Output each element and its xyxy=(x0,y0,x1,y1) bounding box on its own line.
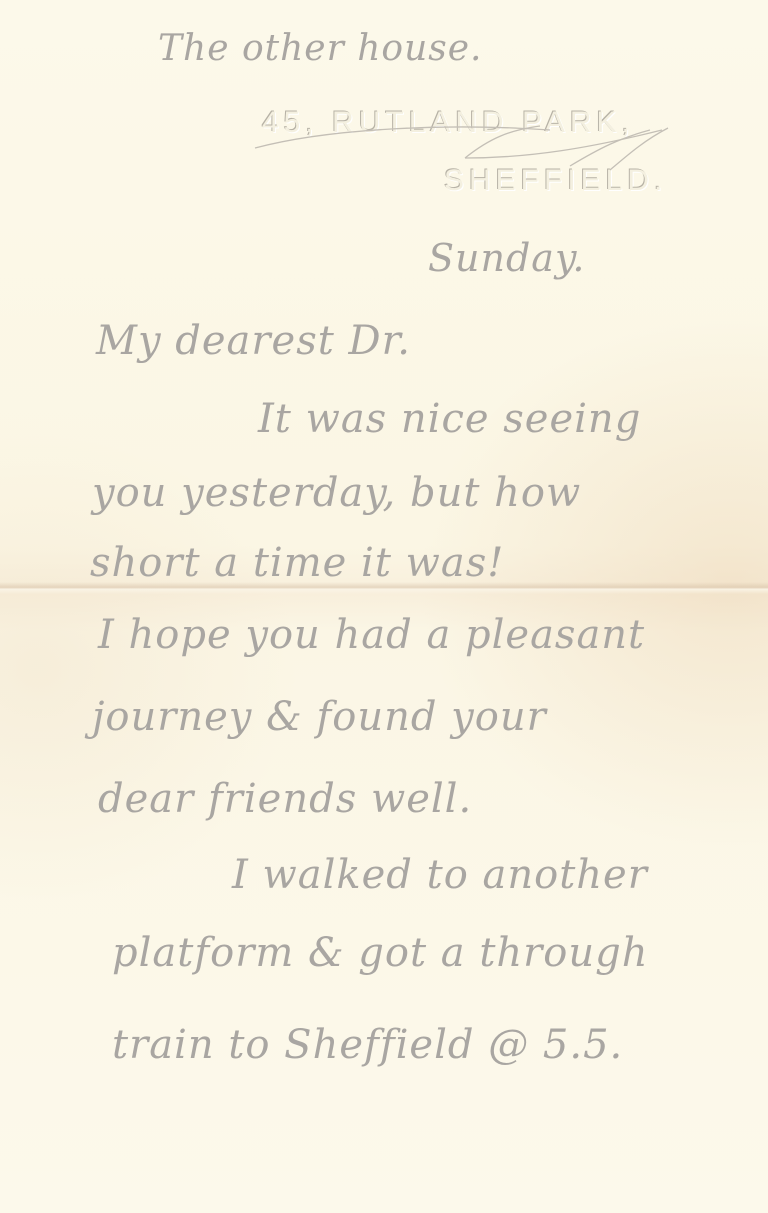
letter-body-line: dear friends well. xyxy=(98,776,472,822)
letter-body-line: train to Sheffield @ 5.5. xyxy=(112,1022,623,1068)
letter-body-line: I walked to another xyxy=(232,852,648,898)
handwritten-house-note: The other house. xyxy=(158,28,483,69)
letter-salutation: My dearest Dr. xyxy=(96,318,411,364)
letter-body-line: short a time it was! xyxy=(90,540,504,586)
letter-date: Sunday. xyxy=(428,236,585,280)
letter-body-line: you yesterday, but how xyxy=(92,470,581,516)
letter-body-line: journey & found your xyxy=(92,694,547,740)
letter-body-line: platform & got a through xyxy=(112,930,649,976)
letter-body-line: I hope you had a pleasant xyxy=(98,612,645,658)
letter-page: The other house. 45, RUTLAND PARK, SHEFF… xyxy=(0,0,768,1213)
letter-body-line: It was nice seeing xyxy=(258,396,641,442)
pencil-underline-strokes xyxy=(250,108,680,188)
paper-fold-crease xyxy=(0,582,768,594)
